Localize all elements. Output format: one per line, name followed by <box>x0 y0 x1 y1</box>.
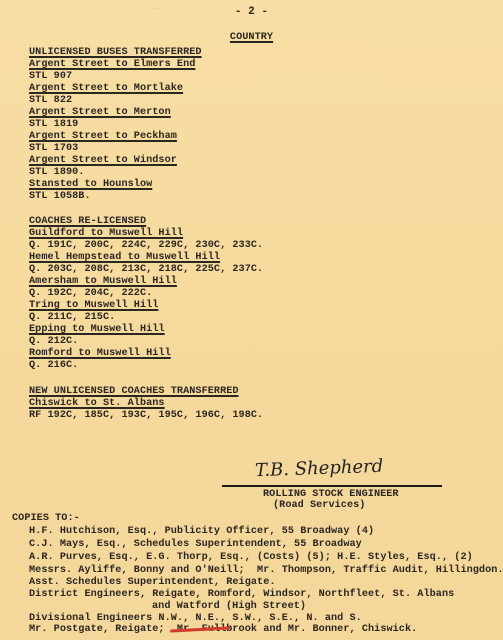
copies-line: Divisional Engineers N.W., N.E., S.W., S… <box>29 613 362 624</box>
vehicles: Q. 191C, 200C, 224C, 229C, 230C, 233C. <box>29 240 263 251</box>
document-page: ·· · ··· - 2 - COUNTRY UNLICENSED BUSES … <box>0 0 503 640</box>
vehicles: STL 1890. <box>29 167 84 178</box>
coaches-relicensed-heading: COACHES RE-LICENSED <box>29 216 146 227</box>
unlicensed-buses-heading: UNLICENSED BUSES TRANSFERRED <box>29 47 202 58</box>
new-unlicensed-coaches-heading: NEW UNLICENSED COACHES TRANSFERRED <box>29 386 239 397</box>
route: Stansted to Hounslow <box>29 179 152 190</box>
handwritten-signature: T.B. Shepherd <box>255 456 384 481</box>
vehicles: Q. 192C, 204C, 222C. <box>29 288 152 299</box>
route: Argent Street to Merton <box>29 107 171 118</box>
copies-line: A.R. Purves, Esq., E.G. Thorp, Esq., (Co… <box>29 552 473 563</box>
copies-line: District Engineers, Reigate, Romford, Wi… <box>29 589 454 600</box>
route: Amersham to Muswell Hill <box>29 276 177 287</box>
route: Argent Street to Windsor <box>29 155 177 166</box>
vehicles: RF 192C, 185C, 193C, 195C, 196C, 198C. <box>29 410 263 421</box>
route: Argent Street to Elmers End <box>29 59 195 70</box>
route: Epping to Muswell Hill <box>29 324 165 335</box>
copies-line: and Watford (High Street) <box>152 601 306 612</box>
page-number: - 2 - <box>0 7 503 18</box>
vehicles: Q. 211C, 215C. <box>29 312 115 323</box>
route: Chiswick to St. Albans <box>29 398 165 409</box>
vehicles: Q. 203C, 208C, 213C, 218C, 225C, 237C. <box>29 264 263 275</box>
signatory-title: ROLLING STOCK ENGINEER <box>263 489 399 500</box>
copies-line: Messrs. Ayliffe, Bonny and O'Neill; Mr. … <box>29 565 503 576</box>
route: Hemel Hempstead to Muswell Hill <box>29 252 220 263</box>
copies-line: H.F. Hutchison, Esq., Publicity Officer,… <box>29 526 374 537</box>
route: Argent Street to Mortlake <box>29 83 183 94</box>
route: Argent Street to Peckham <box>29 131 177 142</box>
route: Guildford to Muswell Hill <box>29 228 183 239</box>
signatory-subtitle: (Road Services) <box>273 500 365 511</box>
section-title: COUNTRY <box>0 32 503 43</box>
vehicles: Q. 216C. <box>29 360 78 371</box>
vehicles: STL 1819 <box>29 119 78 130</box>
vehicles: STL 1703 <box>29 143 78 154</box>
vehicles: Q. 212C. <box>29 336 78 347</box>
vehicles: STL 907 <box>29 71 72 82</box>
vehicles: STL 1058B. <box>29 191 91 202</box>
copies-line: Asst. Schedules Superintendent, Reigate. <box>29 577 276 588</box>
route: Romford to Muswell Hill <box>29 348 171 359</box>
route: Tring to Muswell Hill <box>29 300 158 311</box>
signature-line <box>222 485 442 487</box>
copies-heading: COPIES TO:- <box>12 513 80 524</box>
vehicles: STL 822 <box>29 95 72 106</box>
copies-line: C.J. Mays, Esq., Schedules Superintenden… <box>29 539 362 550</box>
